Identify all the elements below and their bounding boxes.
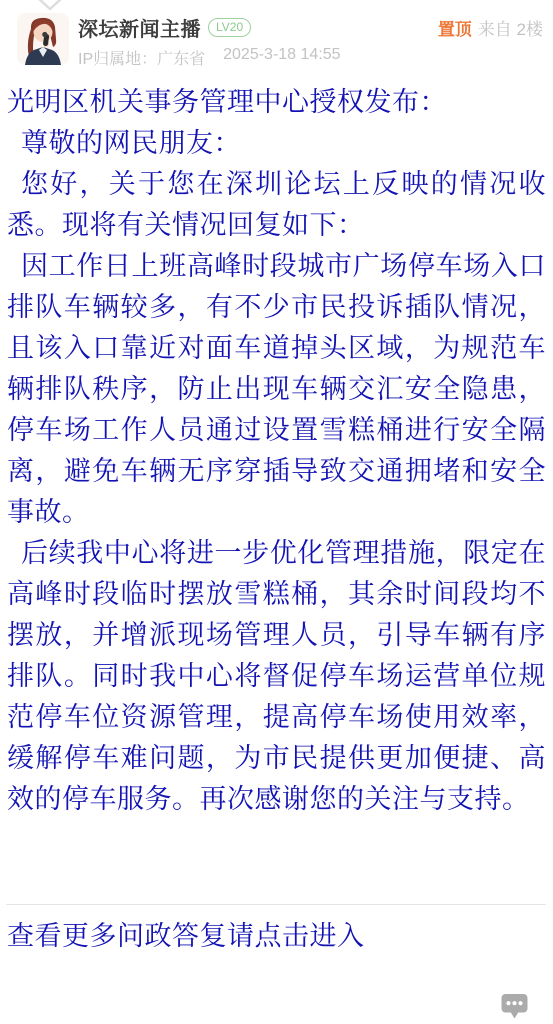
- divider: [6, 904, 546, 905]
- chevron-down-icon: [36, 0, 64, 11]
- username[interactable]: 深坛新闻主播: [78, 13, 201, 42]
- news-anchor-avatar-icon: [17, 13, 69, 65]
- avatar[interactable]: [17, 13, 69, 65]
- post-paragraph: 因工作日上班高峰时段城市广场停车场入口排队车辆较多，有不少市民投诉插队情况，且该…: [7, 246, 546, 533]
- post-paragraph: 后续我中心将进一步优化管理措施，限定在高峰时段临时摆放雪糕桶，其余时间段均不摆放…: [7, 533, 546, 820]
- level-badge: LV20: [208, 18, 251, 37]
- floor-label: 来自 2楼: [478, 15, 543, 40]
- post-timestamp: 2025-3-18 14:55: [223, 46, 340, 69]
- post-paragraph: 光明区机关事务管理中心授权发布：: [7, 82, 546, 123]
- post-header: 深坛新闻主播 LV20 置顶 来自 2楼 IP归属地：广东省 2025-3-18…: [17, 13, 543, 69]
- post-paragraph: 尊敬的网民朋友：: [7, 123, 546, 164]
- comment-bubble-icon[interactable]: [501, 993, 528, 1021]
- pinned-badge: 置顶: [438, 15, 472, 40]
- forum-post-page: 深坛新闻主播 LV20 置顶 来自 2楼 IP归属地：广东省 2025-3-18…: [0, 0, 553, 1024]
- header-row-top: 深坛新闻主播 LV20 置顶 来自 2楼: [78, 14, 543, 40]
- more-replies-link[interactable]: 查看更多问政答复请点击进入: [7, 916, 365, 957]
- header-text-block: 深坛新闻主播 LV20 置顶 来自 2楼 IP归属地：广东省 2025-3-18…: [78, 14, 543, 69]
- post-paragraph: 您好，关于您在深圳论坛上反映的情况收悉。现将有关情况回复如下：: [7, 164, 546, 246]
- header-row-meta: IP归属地：广东省 2025-3-18 14:55: [78, 46, 543, 69]
- ip-location-label: IP归属地：广东省: [78, 46, 205, 69]
- post-content: 光明区机关事务管理中心授权发布： 尊敬的网民朋友： 您好，关于您在深圳论坛上反映…: [7, 82, 546, 820]
